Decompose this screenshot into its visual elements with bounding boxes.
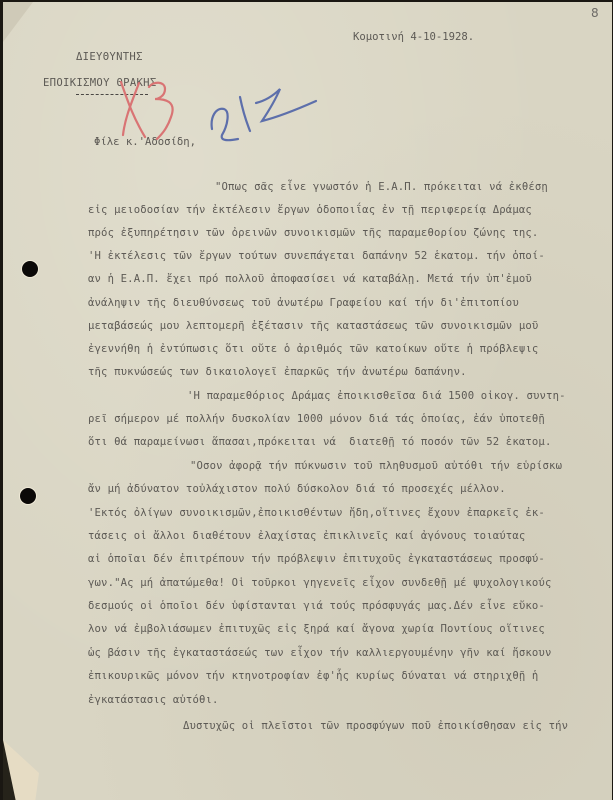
body-line: τάσεις οἱ ἄλλοι διαθέτουν ἐλαχίστας ἐπικ… — [88, 530, 525, 542]
salutation: Φίλε κ.'Αδοσίδη, — [94, 136, 196, 148]
document-page: 8 Κομοτινή 4-10-1928. ΔΙΕΥΘΥΝΤΗΣ ΕΠΟΙΚΙΣ… — [3, 2, 612, 800]
body-line: ἀνάληψιν τῆς διευθύνσεως τοῦ ἀνωτέρω Γρα… — [88, 297, 519, 309]
body-line: ρεῖ σήμερον μέ πολλήν δυσκολίαν 1000 μόν… — [88, 413, 545, 425]
punch-hole-bottom — [20, 488, 36, 504]
body-line: "Οσον ἀφορᾷ τήν πύκνωσιν τοῦ πληθυσμοῦ α… — [190, 460, 562, 472]
body-line: Δυστυχῶς οἱ πλεῖστοι τῶν προσφύγων ποῦ ἐ… — [183, 720, 568, 732]
body-line: εἰς μειοδοσίαν τήν ἐκτέλεσιν ἔργων ὁδοπο… — [88, 204, 532, 216]
body-line: γων."Ας μή ἀπατώμεθα! Οἱ τοῦρκοι γηγενεῖ… — [88, 577, 552, 589]
body-line: ἐγκατάστασις αὐτόθι. — [88, 694, 219, 706]
body-line: τῆς πυκνώσεώς των δικαιολογεῖ ἐπαρκῶς τή… — [88, 366, 467, 378]
place-date: Κομοτινή 4-10-1928. — [353, 31, 474, 43]
page-number: 8 — [591, 6, 599, 20]
body-line: 'Εκτός ὀλίγων συνοικισμῶν,ἐποικισθέντων … — [88, 507, 545, 519]
body-line: 'Η παραμεθόριος Δράμας ἐποικισθεῖσα διά … — [187, 390, 566, 402]
handwritten-blue-mark-icon — [208, 77, 323, 152]
body-line: μεταβάσεώς μου λεπτομερῆ ἐξέτασιν τῆς κα… — [88, 320, 538, 332]
body-line: δεσμούς οἱ ὁποῖοι δέν ὑφίστανται γιά τού… — [88, 600, 545, 612]
body-line: ἐγεννήθη ἡ ἐντύπωσις ὅτι οὔτε ὁ ἀριθμός … — [88, 343, 538, 355]
body-line: ὡς βάσιν τῆς ἐγκαταστάσεώς των εἶχον τήν… — [88, 647, 552, 659]
body-line: αν ἡ Ε.Α.Π. ἔχει πρό πολλοῦ ἀποφασίσει ν… — [88, 273, 532, 285]
body-line: αἱ ὁποῖαι δέν ἐπιτρέπουν τήν πρόβλεψιν ἐ… — [88, 553, 545, 565]
body-line: λον νά ἐμβολιάσωμεν ἐπιτυχῶς εἰς ξηρά κα… — [88, 623, 545, 635]
body-line: ὅτι θά παραμείνωσι ἅπασαι,πρόκειται νά δ… — [88, 436, 552, 448]
punch-hole-top — [22, 261, 38, 277]
body-line: ἐπικουρικῶς μόνον τήν κτηνοτροφίαν ἐφ'ἧς… — [88, 670, 538, 682]
folded-corner-top — [3, 2, 33, 42]
body-line: "Οπως σᾶς εἶνε γνωστόν ἡ Ε.Α.Π. πρόκειτα… — [215, 181, 548, 193]
body-line: 'Η ἐκτέλεσις τῶν ἔργων τούτων συνεπάγετα… — [88, 250, 545, 262]
body-line: ἄν μή ἀδύνατον τοὐλάχιστον πολύ δύσκολον… — [88, 483, 506, 495]
header-title-line1: ΔΙΕΥΘΥΝΤΗΣ — [76, 51, 143, 63]
body-line: πρός ἐξυπηρέτησιν τῶν ὀρεινῶν συνοικισμῶ… — [88, 227, 538, 239]
